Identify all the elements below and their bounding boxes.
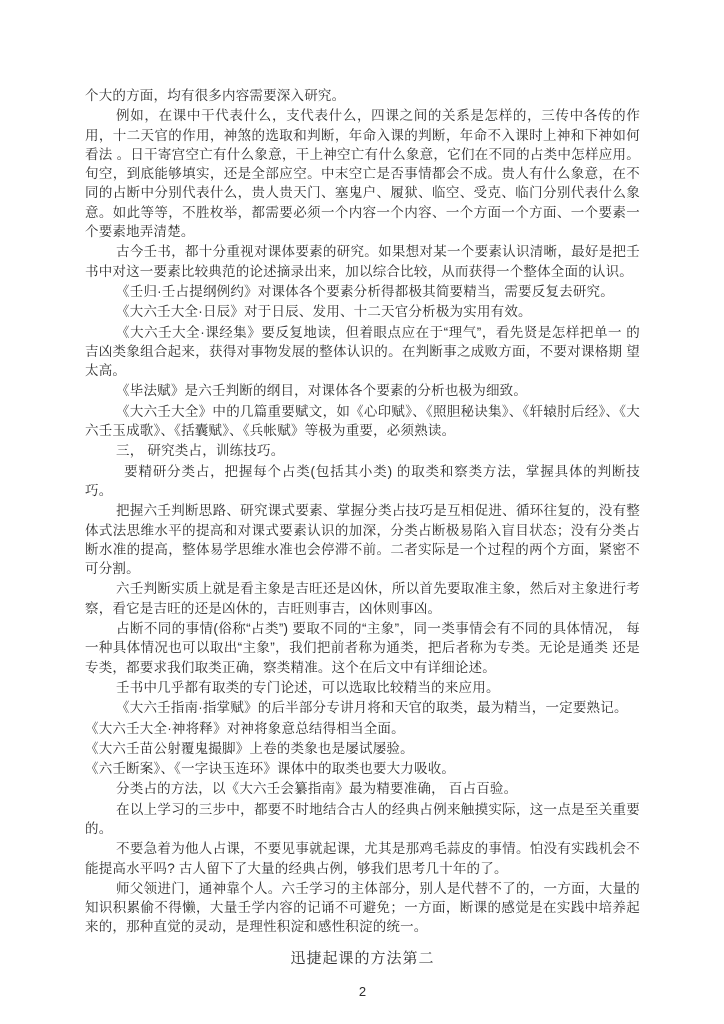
paragraph: 三， 研究类占，训练技巧。 bbox=[85, 441, 640, 460]
document-page: 个大的方面，均有很多内容需要深入研究。例如，在课中干代表什么，支代表什么，四课之… bbox=[0, 0, 724, 1024]
paragraph: 不要急着为他人占课，不要见事就起课，尤其是那鸡毛蒜皮的事情。怕没有实践机会不能提… bbox=[85, 839, 640, 878]
page-body: 个大的方面，均有很多内容需要深入研究。例如，在课中干代表什么，支代表什么，四课之… bbox=[85, 86, 640, 937]
paragraph: 占断不同的事情(俗称“占类”) 要取不同的“主象”，同一类事情会有不同的具体情况… bbox=[85, 619, 640, 677]
paragraph: 例如，在课中干代表什么，支代表什么，四课之间的关系是怎样的，三传中各传的作用，十… bbox=[85, 106, 640, 241]
page-number: 2 bbox=[85, 984, 640, 999]
paragraph: 把握六壬判断思路、研究课式要素、掌握分类占技巧是互相促进、循环往复的，没有整体式… bbox=[85, 501, 640, 578]
paragraph: 《六壬断案》、《一字诀玉连环》课体中的取类也要大力吸收。 bbox=[85, 759, 640, 778]
paragraph: 《壬归·壬占提纲例约》对课体各个要素分析得都极其简要精当，需要反复去研究。 bbox=[85, 282, 640, 301]
paragraph: 《大六壬苗公射覆鬼撮脚》上卷的类象也是屡试屡验。 bbox=[85, 739, 640, 758]
paragraph: 《大六壬大全·课经集》要反复地读，但着眼点应在于“理气”，看先贤是怎样把单一 的… bbox=[85, 323, 640, 381]
paragraph: 《大六壬大全·神将释》对神将象意总结得相当全面。 bbox=[85, 719, 640, 738]
paragraph: 《毕法赋》是六壬判断的纲目，对课体各个要素的分析也极为细致。 bbox=[85, 381, 640, 400]
paragraph: 分类占的方法，以《大六壬会纂指南》最为精要准确， 百占百验。 bbox=[85, 779, 640, 798]
paragraph: 师父领进门，通神靠个人。六壬学习的主体部分，别人是代替不了的，一方面，大量的知识… bbox=[85, 879, 640, 937]
paragraph: 古今壬书，都十分重视对课体要素的研究。如果想对某一个要素认识清晰，最好是把壬书中… bbox=[85, 242, 640, 281]
paragraph: 壬书中几乎都有取类的专门论述，可以选取比较精当的来应用。 bbox=[85, 678, 640, 697]
section-heading: 迅捷起课的方法第二 bbox=[85, 947, 640, 968]
paragraph: 《大六壬指南·指掌赋》的后半部分专讲月将和天官的取类，最为精当，一定要熟记。 bbox=[85, 698, 640, 717]
paragraph: 要精研分类占，把握每个占类(包括其小类) 的取类和察类方法，掌握具体的判断技巧。 bbox=[85, 462, 640, 501]
paragraph: 六壬判断实质上就是看主象是吉旺还是凶休，所以首先要取准主象，然后对主象进行考察，… bbox=[85, 579, 640, 618]
paragraph: 个大的方面，均有很多内容需要深入研究。 bbox=[85, 86, 640, 105]
paragraph: 《大六壬大全》中的几篇重要赋文，如《心印赋》、《照胆秘诀集》、《轩辕肘后经》、《… bbox=[85, 402, 640, 441]
paragraph: 在以上学习的三步中，都要不时地结合古人的经典占例来触摸实际，这一点是至关重要的。 bbox=[85, 800, 640, 839]
paragraph: 《大六壬大全·日辰》对于日辰、发用、十二天官分析极为实用有效。 bbox=[85, 302, 640, 321]
